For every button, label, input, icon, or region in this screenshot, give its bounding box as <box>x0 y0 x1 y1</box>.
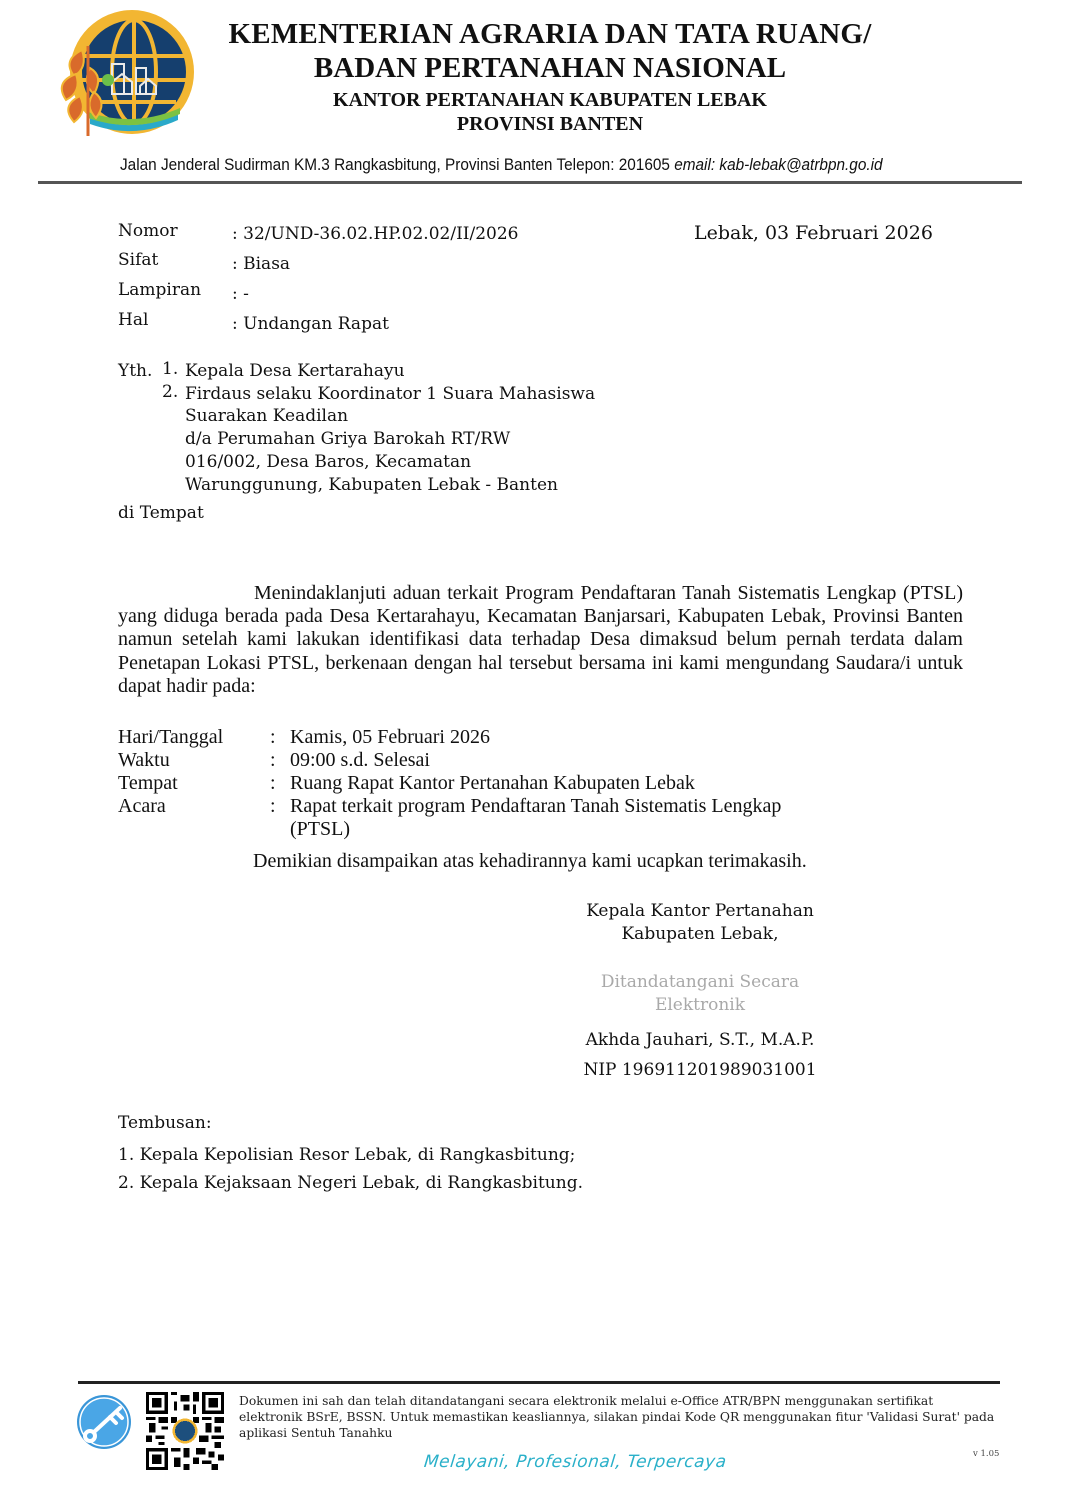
esign-note-cont: Elektronik <box>540 995 860 1015</box>
motto-tagline: Melayani, Profesional, Terpercaya <box>423 1452 728 1472</box>
recipient-number: 1. <box>162 359 178 379</box>
office-address: Jalan Jenderal Sudirman KM.3 Rangkasbitu… <box>120 156 883 175</box>
event-colon: : <box>270 772 276 795</box>
event-place-value: Ruang Rapat Kantor Pertanahan Kabupaten … <box>290 772 695 795</box>
event-time-label: Waktu <box>118 749 170 772</box>
body-paragraph: Menindaklanjuti aduan terkait Program Pe… <box>118 582 963 698</box>
agency-name: BADAN PERTANAHAN NASIONAL <box>180 52 920 85</box>
tembusan-item: 2. Kepala Kejaksaan Negeri Lebak, di Ran… <box>118 1173 583 1193</box>
esign-note: Ditandatangani Secara <box>540 972 860 992</box>
event-agenda-value: Rapat terkait program Pendaftaran Tanah … <box>290 795 781 818</box>
office-name: KANTOR PERTANAHAN KABUPATEN LEBAK <box>180 89 920 112</box>
e-sign-notice: Dokumen ini sah dan telah ditandatangani… <box>239 1393 999 1441</box>
nomor-label: Nomor <box>118 221 178 241</box>
body-paragraph-text: Menindaklanjuti aduan terkait Program Pe… <box>118 582 963 697</box>
recipient-line: 016/002, Desa Baros, Kecamatan <box>185 452 471 472</box>
recipient-line: Kepala Desa Kertarahayu <box>185 361 405 381</box>
hal-label: Hal <box>118 310 148 330</box>
event-time-value: 09:00 s.d. Selesai <box>290 749 430 772</box>
email-link[interactable]: kab-lebak@atrbpn.go.id <box>719 156 882 174</box>
hal-value: : Undangan Rapat <box>232 314 389 334</box>
lampiran-value: : - <box>232 284 249 304</box>
footer-divider <box>78 1381 1000 1384</box>
key-badge-icon <box>76 1394 132 1450</box>
event-place-label: Tempat <box>118 772 178 795</box>
signer-nip: NIP 196911201989031001 <box>540 1060 860 1080</box>
email-label: email: <box>674 156 715 174</box>
sifat-label: Sifat <box>118 250 158 270</box>
event-colon: : <box>270 726 276 749</box>
event-agenda-value-cont: (PTSL) <box>290 818 350 841</box>
closing-sentence: Demikian disampaikan atas kehadirannya k… <box>253 850 807 873</box>
recipient-line: Firdaus selaku Koordinator 1 Suara Mahas… <box>185 384 595 404</box>
signer-title: Kepala Kantor Pertanahan <box>540 901 860 921</box>
event-colon: : <box>270 795 276 818</box>
event-date-value: Kamis, 05 Februari 2026 <box>290 726 490 749</box>
tembusan-item: 1. Kepala Kepolisian Resor Lebak, di Ran… <box>118 1145 575 1165</box>
recipient-line: Warunggunung, Kabupaten Lebak - Banten <box>185 475 558 495</box>
event-colon: : <box>270 749 276 772</box>
nomor-value: : 32/UND-36.02.HP.02.02/II/2026 <box>232 224 519 244</box>
signer-title-cont: Kabupaten Lebak, <box>540 924 860 944</box>
lampiran-label: Lampiran <box>118 280 201 300</box>
letter-date: Lebak, 03 Februari 2026 <box>694 222 933 244</box>
version-label: v 1.05 <box>973 1449 999 1459</box>
signer-name: Akhda Jauhari, S.T., M.A.P. <box>540 1030 860 1050</box>
address-text: Jalan Jenderal Sudirman KM.3 Rangkasbitu… <box>120 156 670 174</box>
recipient-number: 2. <box>162 382 178 402</box>
province-name: PROVINSI BANTEN <box>180 113 920 136</box>
event-date-label: Hari/Tanggal <box>118 726 223 749</box>
qr-code-icon[interactable] <box>146 1392 224 1470</box>
recipient-line: Suarakan Keadilan <box>185 406 348 426</box>
event-agenda-label: Acara <box>118 795 166 818</box>
sifat-value: : Biasa <box>232 254 290 274</box>
ministry-name: KEMENTERIAN AGRARIA DAN TATA RUANG/ <box>180 18 920 51</box>
recipient-line: d/a Perumahan Griya Barokah RT/RW <box>185 429 510 449</box>
atr-bpn-emblem-icon <box>52 6 196 150</box>
recipient-place: di Tempat <box>118 503 204 523</box>
tembusan-heading: Tembusan: <box>118 1113 212 1133</box>
recipient-prefix: Yth. <box>118 361 152 381</box>
header-divider <box>38 181 1022 184</box>
